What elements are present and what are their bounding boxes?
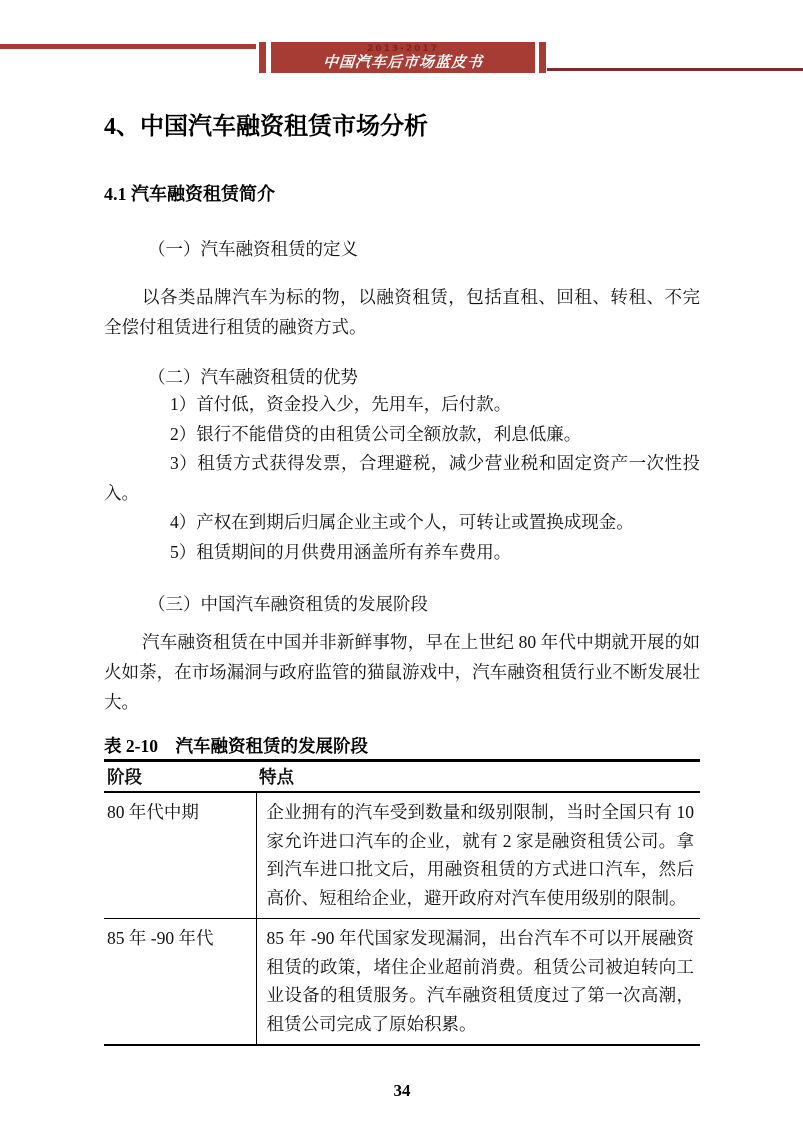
- document-page: 2013-2017 中国汽车后市场蓝皮书 4、中国汽车融资租赁市场分析 4.1 …: [0, 0, 803, 1134]
- header-right-rule: [547, 68, 803, 71]
- table-row: 80 年代中期 企业拥有的汽车受到数量和级别限制，当时全国只有 10 家允许进口…: [104, 792, 700, 919]
- stage-cell: 80 年代中期: [104, 792, 256, 919]
- banner-stripe-left: [259, 42, 266, 73]
- page-content: 4、中国汽车融资租赁市场分析 4.1 汽车融资租赁简介 （一）汽车融资租赁的定义…: [0, 0, 803, 1102]
- table-row: 85 年 -90 年代 85 年 -90 年代国家发现漏洞，出台汽车不可以开展融…: [104, 919, 700, 1046]
- list-item: 2）银行不能借贷的由租赁公司全额放款，利息低廉。: [104, 420, 700, 450]
- page-number: 34: [394, 1080, 411, 1102]
- column-header-stage: 阶段: [104, 761, 256, 793]
- development-stages-table: 阶段 特点 80 年代中期 企业拥有的汽车受到数量和级别限制，当时全国只有 10…: [104, 759, 700, 1046]
- feature-cell: 85 年 -90 年代国家发现漏洞，出台汽车不可以开展融资租赁的政策，堵住企业超…: [256, 919, 700, 1046]
- section-title: 4.1 汽车融资租赁简介: [104, 182, 700, 206]
- subsection-heading-definition: （一）汽车融资租赁的定义: [104, 236, 700, 262]
- table-caption: 表 2-10 汽车融资租赁的发展阶段: [104, 733, 700, 759]
- subsection-heading-development: （三）中国汽车融资租赁的发展阶段: [104, 591, 700, 617]
- stage-cell: 85 年 -90 年代: [104, 919, 256, 1046]
- header-banner: 2013-2017 中国汽车后市场蓝皮书: [271, 42, 535, 73]
- page-footer: 34: [104, 1080, 700, 1102]
- chapter-title: 4、中国汽车融资租赁市场分析: [104, 110, 700, 144]
- table-header-row: 阶段 特点: [104, 761, 700, 793]
- definition-paragraph: 以各类品牌汽车为标的物，以融资租赁，包括直租、回租、转租、不完全偿付租赁进行租赁…: [104, 282, 700, 342]
- list-item: 3）租赁方式获得发票，合理避税，减少营业税和固定资产一次性投入。: [104, 449, 700, 508]
- development-paragraph: 汽车融资租赁在中国并非新鲜事物，早在上世纪 80 年代中期就开展的如火如荼，在市…: [104, 627, 700, 717]
- subsection-heading-advantages: （二）汽车融资租赁的优势: [104, 364, 700, 390]
- feature-cell: 企业拥有的汽车受到数量和级别限制，当时全国只有 10 家允许进口汽车的企业，就有…: [256, 792, 700, 919]
- header-left-rule: [0, 44, 256, 49]
- advantages-list: 1）首付低，资金投入少，先用车，后付款。 2）银行不能借贷的由租赁公司全额放款，…: [104, 390, 700, 567]
- header-book-title: 中国汽车后市场蓝皮书: [270, 54, 535, 71]
- list-item: 5）租赁期间的月供费用涵盖所有养车费用。: [104, 538, 700, 568]
- banner-stripe-right: [539, 42, 546, 73]
- list-item: 4）产权在到期后归属企业主或个人，可转让或置换成现金。: [104, 508, 700, 538]
- column-header-feature: 特点: [256, 761, 700, 793]
- list-item: 1）首付低，资金投入少，先用车，后付款。: [104, 390, 700, 420]
